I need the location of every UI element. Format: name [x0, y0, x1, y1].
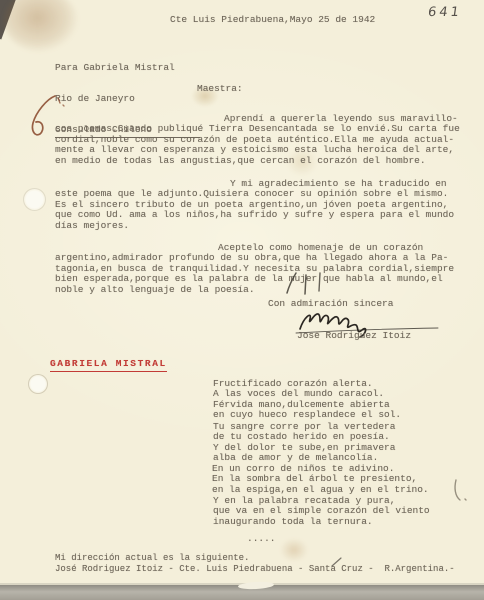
hole-punch-bottom [28, 374, 48, 394]
hole-punch-top [23, 188, 46, 211]
recipient-name: Para Gabriela Mistral [55, 63, 200, 73]
paragraph-3: Aceptelo como homenaje de un corazón arg… [55, 243, 454, 295]
poem-stanza-1: Fructificado corazón alerta. A las voces… [213, 379, 401, 421]
dateline: Cte Luis Piedrabuena,Mayo 25 de 1942 [170, 15, 375, 25]
paragraph-2: Y mi agradecimiento se ha traducido en e… [55, 179, 454, 231]
handwritten-page-number: 641 [427, 5, 463, 20]
recipient-city: Rio de Janeyro [55, 94, 200, 104]
poem-stanza-4: Y en la palabra recatada y pura, que va … [213, 496, 430, 527]
dots-separator: ..... [247, 534, 276, 544]
scanned-letter-page: 641 Cte Luis Piedrabuena,Mayo 25 de 1942… [0, 0, 484, 600]
handwritten-pen-strokes [281, 268, 331, 298]
poem-stanza-3: En un corro de niños te adivino. En la s… [212, 464, 429, 495]
footer-tick-mark [330, 556, 344, 568]
footer-address: Mi dirección actual es la siguiente. Jos… [55, 553, 455, 574]
salutation: Maestra: [197, 84, 243, 94]
scan-corner-artifact [0, 0, 18, 39]
paragraph-1: Aprendí a quererla leyendo sus maravillo… [55, 114, 460, 166]
signature-typed-name: José Rodriguez Itoiz [297, 331, 411, 341]
poem-stanza-2: Tu sangre corre por la vertedera de tu c… [213, 422, 395, 464]
margin-pen-mark [448, 478, 468, 504]
poem-title: GABRIELA MISTRAL [50, 358, 167, 372]
